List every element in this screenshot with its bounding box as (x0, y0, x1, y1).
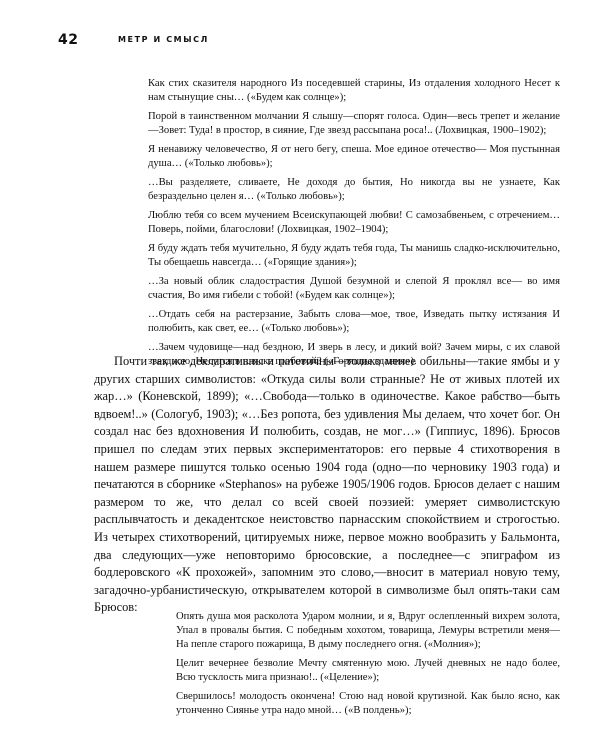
quote-item: Я буду ждать тебя мучительно, Я буду жда… (148, 242, 560, 270)
quote-block-1: Как стих сказителя народного Из поседевш… (148, 77, 560, 374)
quote-item: …За новый облик сладострастия Душой безу… (148, 275, 560, 303)
quote-item: Целит вечернее безволие Мечту смятенную … (176, 657, 560, 685)
body-text: Почти так же декларативны и патетичны—то… (94, 353, 560, 617)
page-number: 42 (58, 32, 78, 48)
quote-item: …Вы разделяете, сливаете, Не доходя до б… (148, 176, 560, 204)
quote-item: Порой в таинственном молчании Я слышу—сп… (148, 110, 560, 138)
quote-item: Люблю тебя со всем мучением Всеискупающе… (148, 209, 560, 237)
quote-item: Как стих сказителя народного Из поседевш… (148, 77, 560, 105)
quote-item: Свершилось! молодость окончена! Стою над… (176, 690, 560, 718)
quote-item: …Отдать себя на растерзание, Забыть слов… (148, 308, 560, 336)
running-head: МЕТР И СМЫСЛ (118, 35, 209, 44)
quote-block-2: Опять душа моя расколота Ударом молнии, … (176, 610, 560, 723)
body-paragraph: Почти так же декларативны и патетичны—то… (94, 353, 560, 617)
quote-item: Я ненавижу человечество, Я от него бегу,… (148, 143, 560, 171)
quote-item: Опять душа моя расколота Ударом молнии, … (176, 610, 560, 652)
